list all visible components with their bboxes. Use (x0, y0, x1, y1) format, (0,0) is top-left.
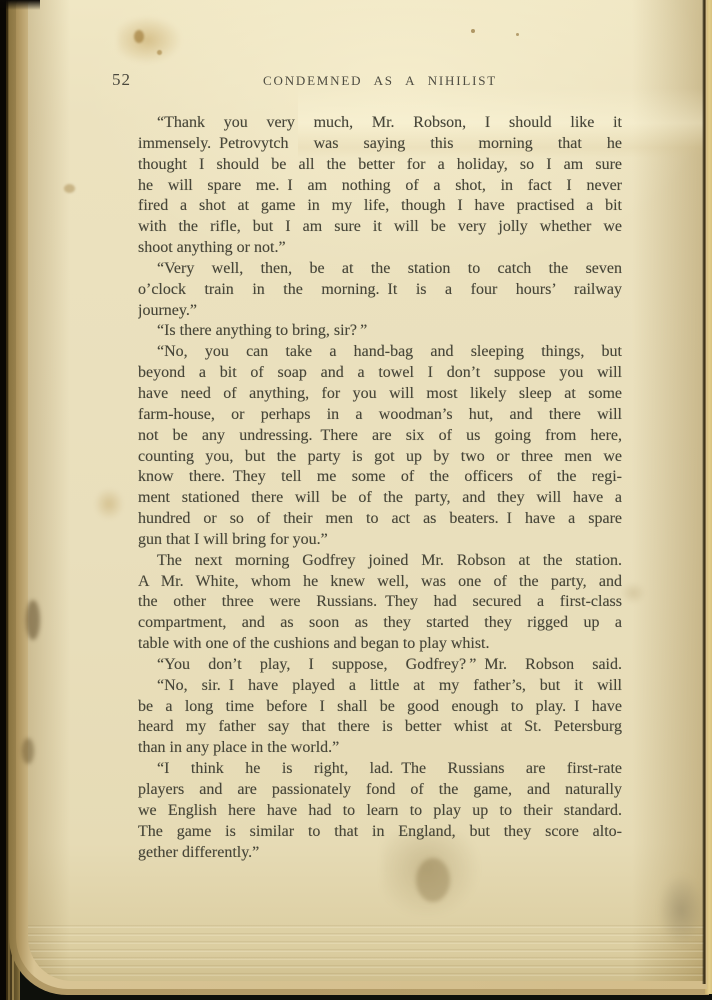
page-content: 52 CONDEMNED AS A NIHILIST “Thank you ve… (138, 70, 622, 863)
text-line: A Mr. White, whom he knew well, was one … (138, 572, 622, 593)
text-body: “Thank you very much, Mr. Robson, I shou… (138, 113, 622, 863)
text-line: “Very well, then, be at the station to c… (138, 259, 622, 280)
text-line: ment stationed there will be of the part… (138, 488, 622, 509)
page-gutter-shadow (702, 0, 706, 984)
text-line: have need of anything, for you will most… (138, 384, 622, 405)
text-line: “I think he is right, lad. The Russians … (138, 759, 622, 780)
paragraph: “Very well, then, be at the station to c… (138, 259, 622, 322)
paragraph: “No, sir. I have played a little at my f… (138, 676, 622, 759)
paragraph: “No, you can take a hand-bag and sleepin… (138, 342, 622, 550)
text-line: know there. They tell me some of the off… (138, 467, 622, 488)
text-line: not be any undressing. There are six of … (138, 426, 622, 447)
text-line: gether differently.” (138, 843, 622, 864)
paragraph: “You don’t play, I suppose, Godfrey? ” M… (138, 655, 622, 676)
text-line: journey.” (138, 301, 622, 322)
paragraph: “I think he is right, lad. The Russians … (138, 759, 622, 863)
running-title: CONDEMNED AS A NIHILIST (138, 70, 622, 89)
text-line: hundred or so of their men to act as bea… (138, 509, 622, 530)
text-line: beyond a bit of soap and a towel I don’t… (138, 363, 622, 384)
page-number: 52 (112, 70, 131, 90)
text-line: be a long time before I shall be good en… (138, 697, 622, 718)
paragraph: “Is there anything to bring, sir? ” (138, 321, 622, 342)
text-line: immensely. Petrovytch was saying this mo… (138, 134, 622, 155)
text-line: thought I should be all the better for a… (138, 155, 622, 176)
text-line: fired a shot at game in my life, though … (138, 196, 622, 217)
running-head: 52 CONDEMNED AS A NIHILIST (138, 70, 622, 89)
text-line: gun that I will bring for you.” (138, 530, 622, 551)
text-line: counting you, but the party is got up by… (138, 447, 622, 468)
text-line: players and are passionately fond of the… (138, 780, 622, 801)
text-line: he will spare me. I am nothing of a shot… (138, 176, 622, 197)
text-line: the other three were Russians. They had … (138, 592, 622, 613)
binding-corner (0, 0, 40, 10)
text-line: o’clock train in the morning. It is a fo… (138, 280, 622, 301)
text-line: heard my father say that there is better… (138, 717, 622, 738)
text-line: with the rifle, but I am sure it will be… (138, 217, 622, 238)
page-curl-lines (28, 925, 704, 981)
text-line: than in any place in the world.” (138, 738, 622, 759)
text-line: table with one of the cushions and began… (138, 634, 622, 655)
paragraph: “Thank you very much, Mr. Robson, I shou… (138, 113, 622, 259)
paragraph: The next morning Godfrey joined Mr. Robs… (138, 551, 622, 655)
book-scan: 52 CONDEMNED AS A NIHILIST “Thank you ve… (0, 0, 712, 1000)
text-line: farm-house, or perhaps in a woodman’s hu… (138, 405, 622, 426)
text-line: The game is similar to that in England, … (138, 822, 622, 843)
text-line: The next morning Godfrey joined Mr. Robs… (138, 551, 622, 572)
text-line: “Is there anything to bring, sir? ” (138, 321, 622, 342)
text-line: shoot anything or not.” (138, 238, 622, 259)
text-line: “Thank you very much, Mr. Robson, I shou… (138, 113, 622, 134)
text-line: “No, sir. I have played a little at my f… (138, 676, 622, 697)
text-line: compartment, and as soon as they started… (138, 613, 622, 634)
text-line: we English here have had to learn to pla… (138, 801, 622, 822)
text-line: “You don’t play, I suppose, Godfrey? ” M… (138, 655, 622, 676)
text-line: “No, you can take a hand-bag and sleepin… (138, 342, 622, 363)
